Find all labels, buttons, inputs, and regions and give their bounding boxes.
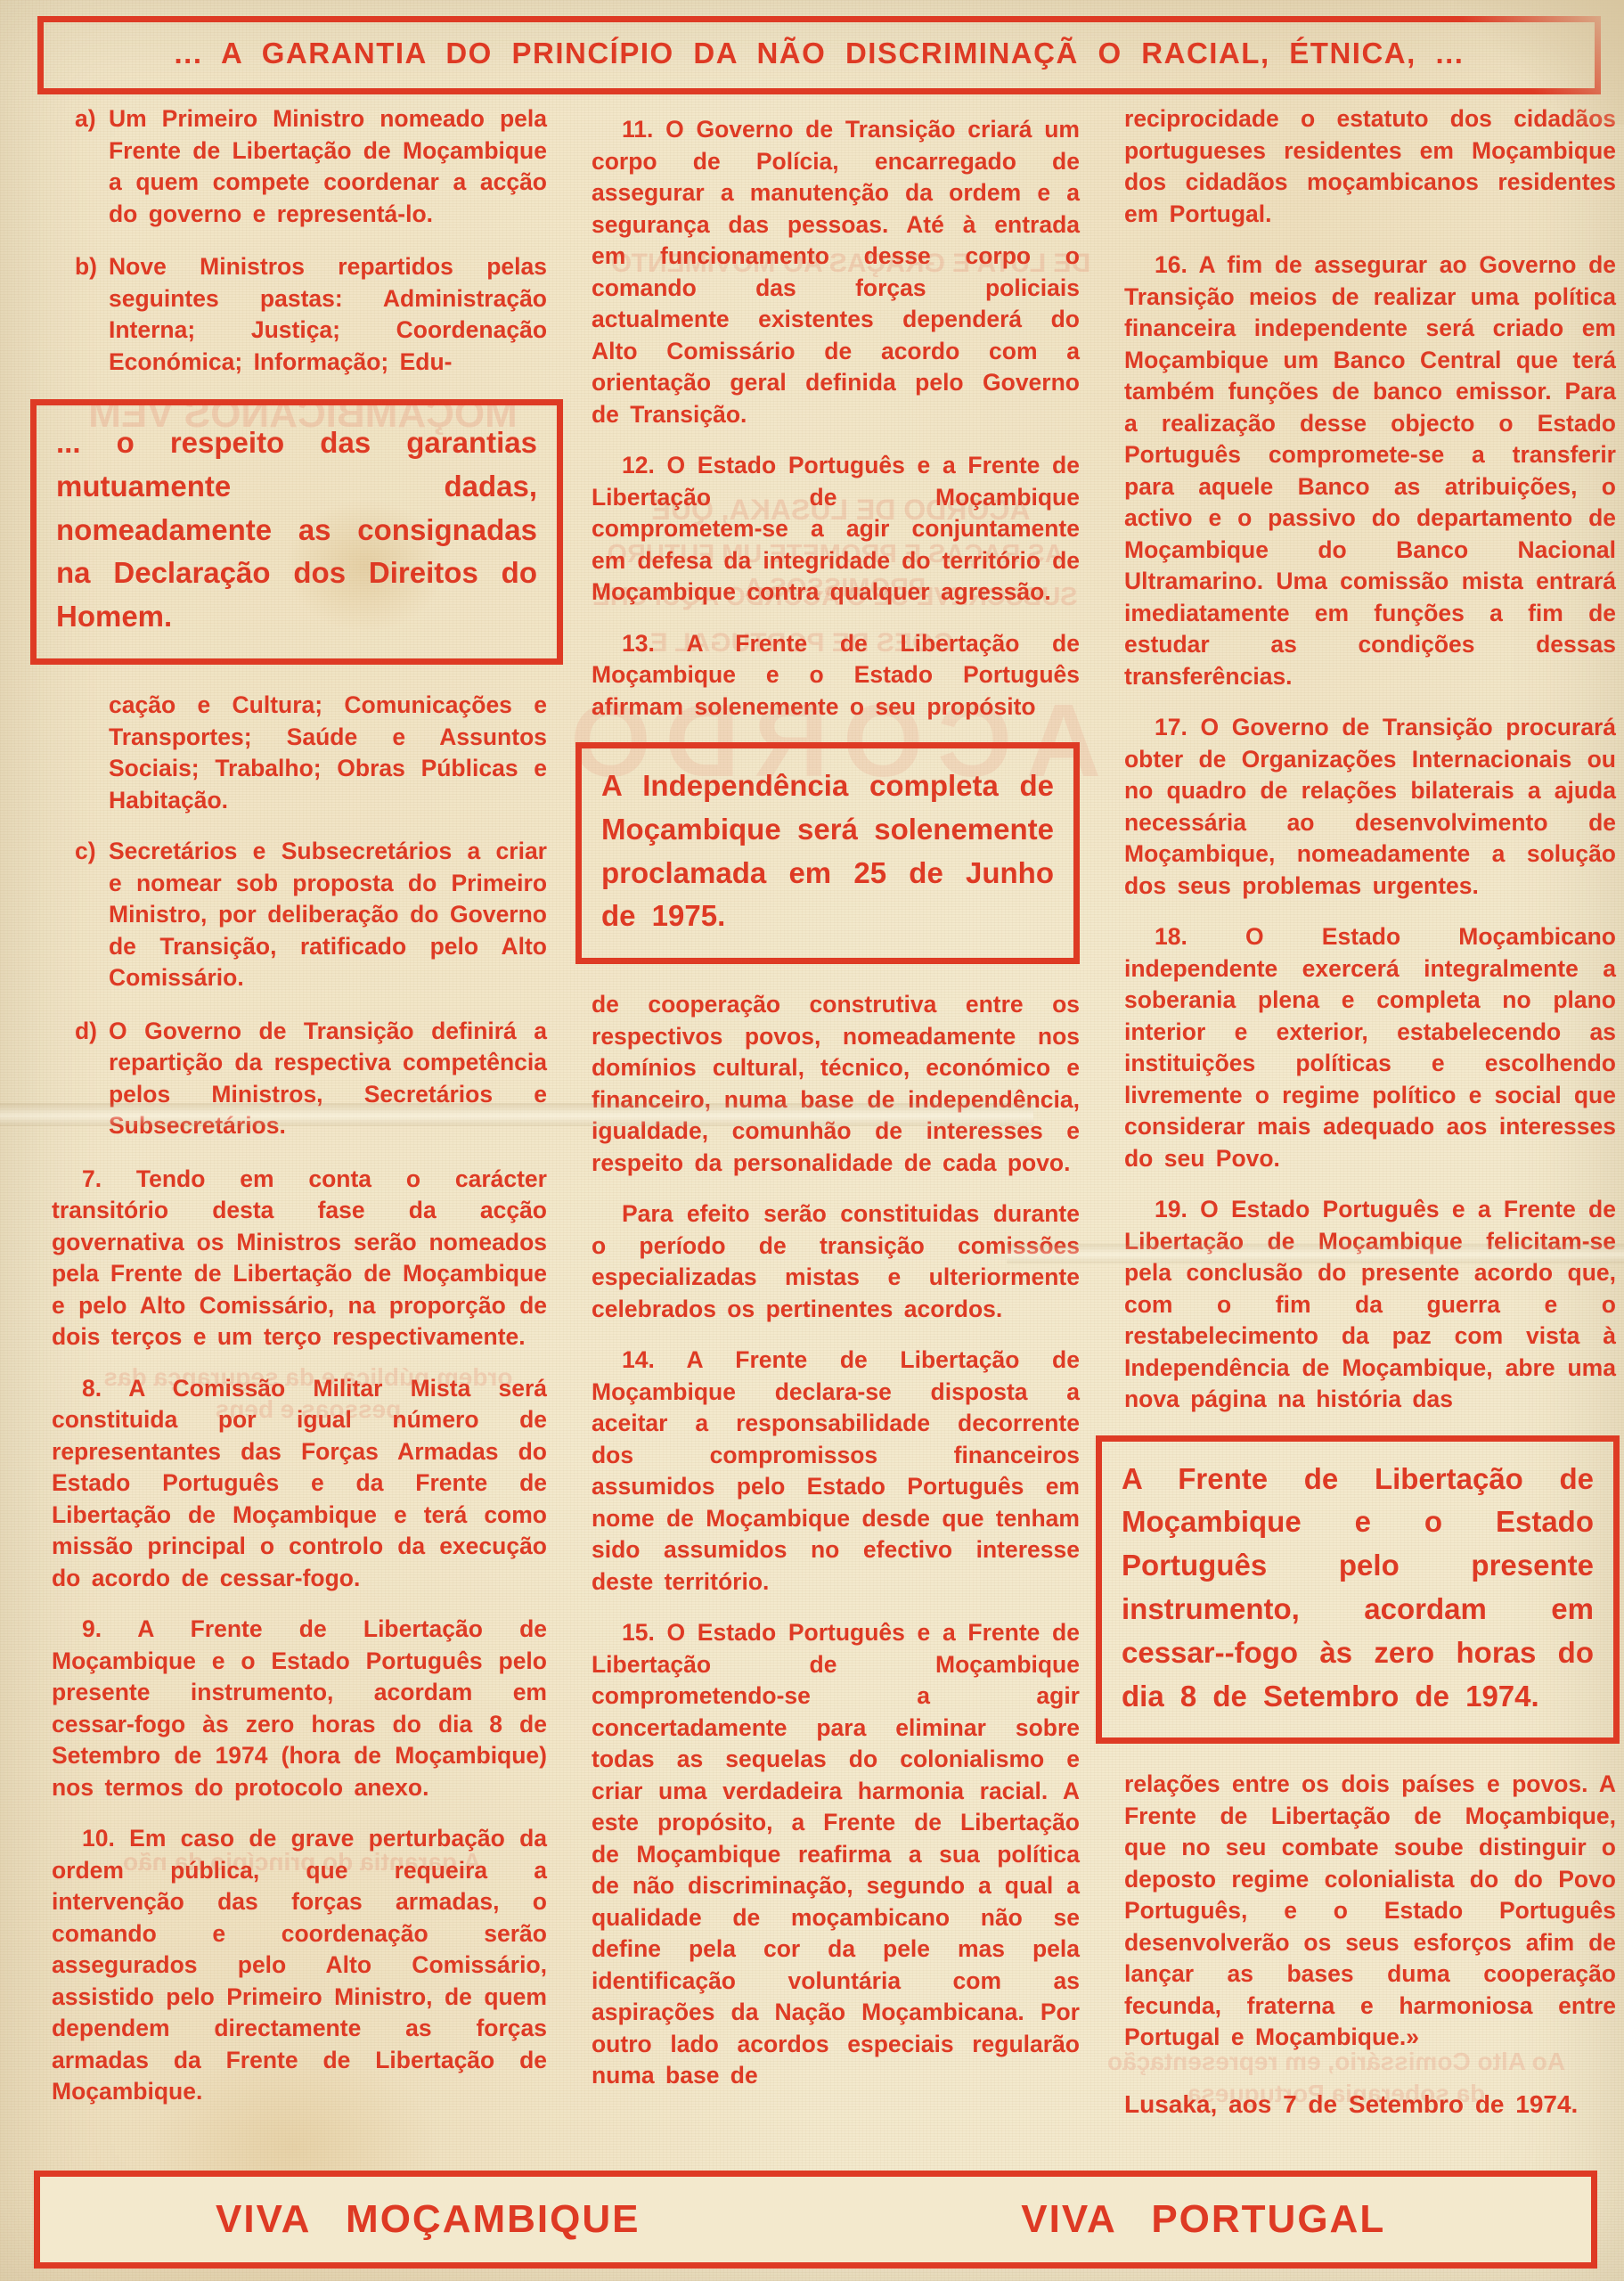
title-banner: ... A GARANTIA DO PRINCÍPIO DA NÃO DISCR… [37, 16, 1601, 94]
leaflet-page: MOÇAMBICANOS VEM DE LUTA E GRAÇAS AO MOV… [0, 0, 1624, 2281]
paragraph-17: 17. O Governo de Transição procurará obt… [1124, 712, 1616, 902]
paragraph-14: 14. A Frente de Libertação de Moçambique… [592, 1345, 1080, 1598]
paragraph-19-continuation: relações entre os dois países e povos. A… [1124, 1769, 1616, 2054]
list-marker: b) [52, 251, 109, 378]
list-marker: d) [52, 1016, 109, 1142]
document-body: a) Um Primeiro Ministro nomeado pela Fre… [52, 103, 1602, 2167]
list-item-a-text: Um Primeiro Ministro nomeado pela Frente… [109, 103, 547, 230]
paragraph-13-continuation: de cooperação construtiva entre os respe… [592, 989, 1080, 1179]
paragraph-12: 12. O Estado Português e a Frente de Lib… [592, 450, 1080, 609]
viva-portugal-text: VIVA PORTUGAL [816, 2197, 1592, 2242]
list-item-b-continuation: cação e Cultura; Comunicações e Transpor… [109, 690, 547, 816]
paragraph-13-comissoes: Para efeito serão constituidas durante o… [592, 1198, 1080, 1325]
paragraph-18: 18. O Estado Moçambicano independente ex… [1124, 921, 1616, 1174]
date-line: Lusaka, aos 7 de Setembro de 1974. [1124, 2088, 1616, 2122]
list-item-a: a) Um Primeiro Ministro nomeado pela Fre… [52, 103, 547, 230]
paragraph-15: 15. O Estado Português e a Frente de Lib… [592, 1617, 1080, 2092]
paragraph-19: 19. O Estado Português e a Frente de Lib… [1124, 1194, 1616, 1416]
list-marker: a) [52, 103, 109, 230]
paragraph-13: 13. A Frente de Libertação de Moçambique… [592, 628, 1080, 724]
list-item-c: c) Secretários e Subsecretários a criar … [52, 836, 547, 994]
list-item-b-text: Nove Ministros repartidos pelas seguinte… [109, 251, 547, 378]
paragraph-11: 11. O Governo de Transição criará um cor… [592, 114, 1080, 430]
callout-garantias-text: ... o respeito das garantias mutuamente … [56, 421, 537, 639]
list-item-d-text: O Governo de Transição definirá a repart… [109, 1016, 547, 1142]
column-left: a) Um Primeiro Ministro nomeado pela Fre… [52, 103, 547, 2167]
paragraph-16: 16. A fim de assegurar ao Governo de Tra… [1124, 249, 1616, 692]
paragraph-9: 9. A Frente de Libertação de Moçambique … [52, 1614, 547, 1803]
paragraph-15-continuation: reciprocidade o estatuto dos cidadãos po… [1124, 103, 1616, 230]
list-marker: c) [52, 836, 109, 994]
list-item-c-text: Secretários e Subsecretários a criar e n… [109, 836, 547, 994]
callout-cessar-fogo: A Frente de Libertação de Moçambique e o… [1096, 1435, 1620, 1745]
list-item-b: b) Nove Ministros repartidos pelas segui… [52, 251, 547, 378]
page-title: ... A GARANTIA DO PRINCÍPIO DA NÃO DISCR… [175, 37, 1465, 69]
callout-garantias: ... o respeito das garantias mutuamente … [30, 399, 563, 665]
list-item-d: d) O Governo de Transição definirá a rep… [52, 1016, 547, 1142]
callout-cessar-fogo-text: A Frente de Libertação de Moçambique e o… [1122, 1458, 1594, 1719]
paragraph-8: 8. A Comissão Militar Mista será constit… [52, 1373, 547, 1595]
paragraph-10: 10. Em caso de grave perturbação da orde… [52, 1823, 547, 2108]
column-middle: 11. O Governo de Transição criará um cor… [592, 103, 1080, 2167]
footer-banner: VIVA MOÇAMBIQUE VIVA PORTUGAL [34, 2171, 1597, 2269]
column-right: reciprocidade o estatuto dos cidadãos po… [1124, 103, 1616, 2167]
callout-independencia: A Independência completa de Moçambique s… [575, 742, 1080, 964]
paragraph-7: 7. Tendo em conta o carácter transitório… [52, 1164, 547, 1353]
callout-independencia-text: A Independência completa de Moçambique s… [601, 764, 1054, 938]
viva-mocambique-text: VIVA MOÇAMBIQUE [40, 2197, 816, 2242]
